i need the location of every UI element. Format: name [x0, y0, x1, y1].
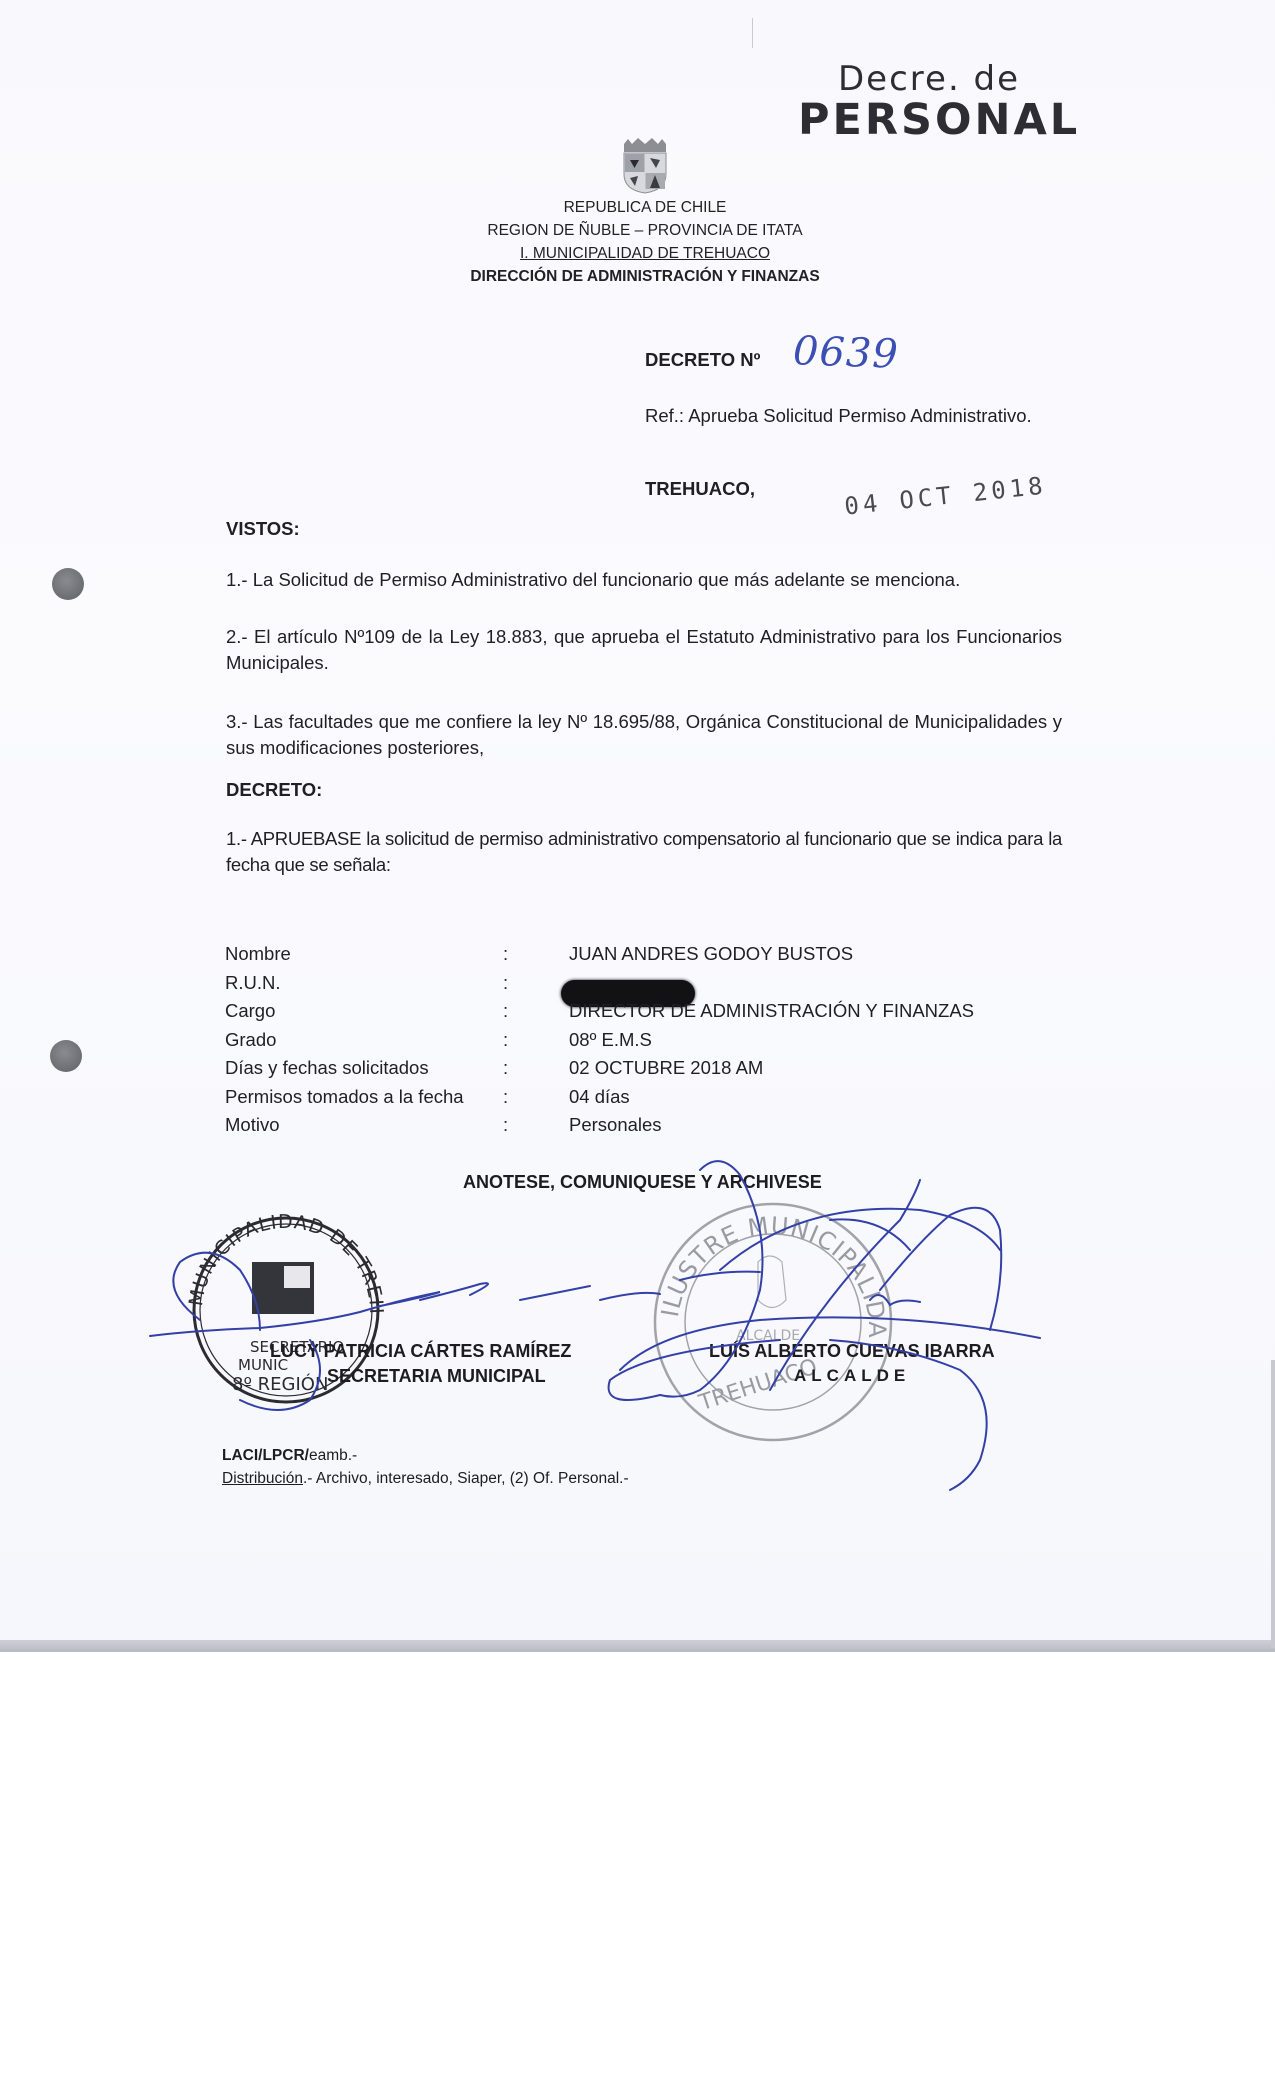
initials-bold: LACI/LPCR/ [222, 1447, 309, 1464]
field-value-grado: 08º E.M.S [569, 1029, 652, 1051]
field-label: Días y fechas solicitados [225, 1057, 503, 1079]
closing-formula: ANOTESE, COMUNIQUESE Y ARCHIVESE [463, 1172, 822, 1193]
field-row-cargo: Cargo : DIRECTOR DE ADMINISTRACIÓN Y FIN… [225, 997, 974, 1026]
decree-place: TREHUACO, [645, 478, 755, 500]
header-region: REGION DE ÑUBLE – PROVINCIA DE ITATA [440, 219, 850, 242]
field-value-cargo: DIRECTOR DE ADMINISTRACIÓN Y FINANZAS [569, 1000, 974, 1022]
field-colon: : [503, 1086, 569, 1108]
field-value-permisos: 04 días [569, 1086, 630, 1108]
vistos-item-2: 2.- El artículo Nº109 de la Ley 18.883, … [226, 624, 1062, 676]
field-value-motivo: Personales [569, 1114, 662, 1136]
page-bottom-edge [0, 1640, 1275, 1652]
employee-details: Nombre : JUAN ANDRES GODOY BUSTOS R.U.N.… [225, 940, 974, 1140]
field-label: Motivo [225, 1114, 503, 1136]
field-row-permisos: Permisos tomados a la fecha : 04 días [225, 1083, 974, 1112]
decree-reference: Ref.: Aprueba Solicitud Permiso Administ… [645, 405, 1032, 427]
mayor-name: LUÍS ALBERTO CUEVAS IBARRA [709, 1341, 995, 1362]
reference-initials: LACI/LPCR/eamb.- [222, 1447, 357, 1465]
header-municipality: I. MUNICIPALIDAD DE TREHUACO [440, 242, 850, 265]
header-republic: REPUBLICA DE CHILE [440, 196, 850, 219]
page-right-edge [1271, 1360, 1275, 1648]
distribution-label: Distribución [222, 1470, 303, 1487]
field-row-nombre: Nombre : JUAN ANDRES GODOY BUSTOS [225, 940, 974, 969]
field-colon: : [503, 943, 569, 965]
field-label: Grado [225, 1029, 503, 1051]
vistos-heading: VISTOS: [226, 518, 300, 540]
secretary-name: LUCY PATRICIA CÁRTES RAMÍREZ [270, 1341, 571, 1362]
personal-stamp: Decre. de PERSONAL [836, 62, 1080, 143]
header-department: DIRECCIÓN DE ADMINISTRACIÓN Y FINANZAS [440, 265, 850, 288]
stamp-line1: Decre. de [836, 62, 1080, 98]
punch-hole-top [52, 568, 84, 600]
initials-rest: eamb.- [309, 1447, 357, 1464]
distribution-line: Distribución.- Archivo, interesado, Siap… [222, 1470, 629, 1488]
field-row-dias: Días y fechas solicitados : 02 OCTUBRE 2… [225, 1054, 974, 1083]
field-label: R.U.N. [225, 972, 503, 994]
decreto-item-1: 1.- APRUEBASE la solicitud de permiso ad… [226, 826, 1062, 878]
decreto-heading: DECRETO: [226, 779, 322, 801]
field-label: Cargo [225, 1000, 503, 1022]
secretary-title: SECRETARIA MUNICIPAL [327, 1366, 546, 1387]
stamp-line2: PERSONAL [798, 98, 1080, 143]
vistos-item-3: 3.- Las facultades que me confiere la le… [226, 709, 1062, 761]
field-value-dias: 02 OCTUBRE 2018 AM [569, 1057, 763, 1079]
distribution-text: .- Archivo, interesado, Siaper, (2) Of. … [303, 1470, 629, 1487]
mayor-title: ALCALDE [794, 1366, 910, 1386]
field-row-grado: Grado : 08º E.M.S [225, 1026, 974, 1055]
fold-mark [752, 18, 753, 48]
field-colon: : [503, 1114, 569, 1136]
letterhead: REPUBLICA DE CHILE REGION DE ÑUBLE – PRO… [440, 196, 850, 288]
field-row-motivo: Motivo : Personales [225, 1111, 974, 1140]
field-colon: : [503, 972, 569, 994]
decree-number-label: DECRETO Nº [645, 349, 760, 371]
field-colon: : [503, 1057, 569, 1079]
punch-hole-bottom [50, 1040, 82, 1072]
municipal-crest-icon [616, 138, 674, 194]
field-label: Permisos tomados a la fecha [225, 1086, 503, 1108]
field-row-run: R.U.N. : [225, 969, 974, 998]
field-colon: : [503, 1029, 569, 1051]
field-label: Nombre [225, 943, 503, 965]
field-value-nombre: JUAN ANDRES GODOY BUSTOS [569, 943, 853, 965]
decree-number-handwritten: 0639 [792, 328, 899, 378]
field-colon: : [503, 1000, 569, 1022]
vistos-item-1: 1.- La Solicitud de Permiso Administrati… [226, 567, 1062, 593]
